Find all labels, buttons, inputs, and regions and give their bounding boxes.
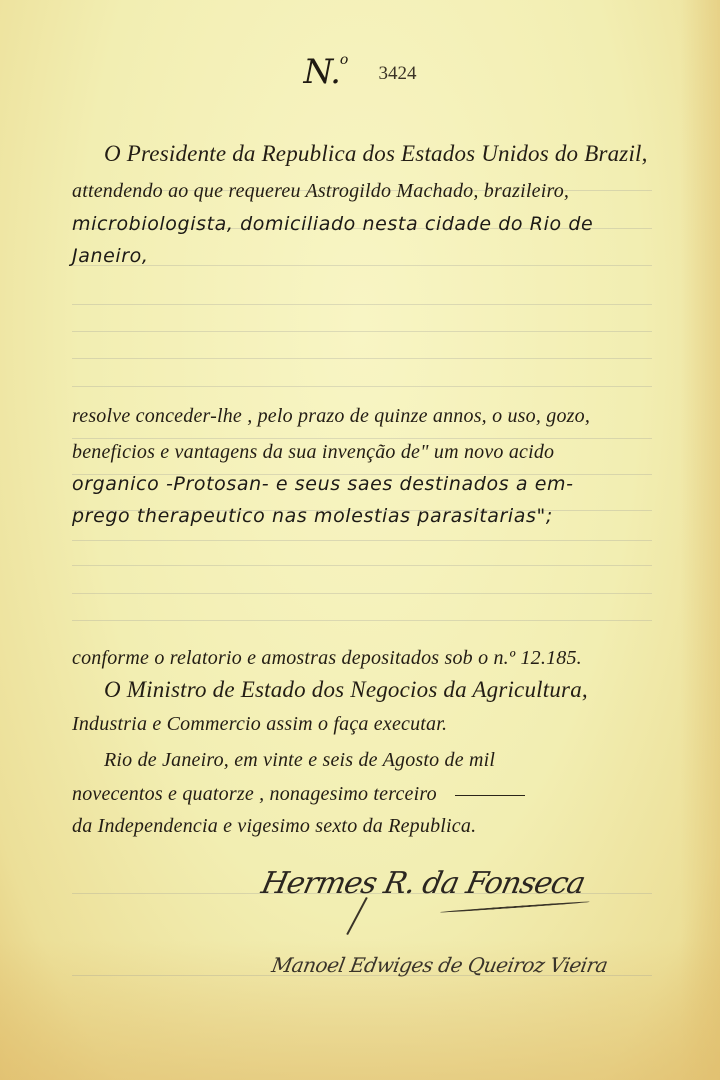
execution-line: Industria e Commercio assim o faça execu… xyxy=(72,712,447,736)
invention-line-1: organico -Protosan- e seus saes destinad… xyxy=(72,472,574,496)
ruled-line xyxy=(72,620,652,621)
ruled-line xyxy=(72,540,652,541)
ruled-line xyxy=(72,331,652,332)
minister-line: O Ministro de Estado dos Negocios da Agr… xyxy=(104,678,588,702)
number-value: 3424 xyxy=(378,63,416,84)
president-signature: Hermes R. da Fonseca xyxy=(258,866,588,901)
preamble-line: O Presidente da Republica dos Estados Un… xyxy=(104,142,648,166)
ruled-line xyxy=(72,265,652,266)
petitioner-profession-line: microbiologista, domiciliado nesta cidad… xyxy=(72,212,593,236)
minister-signature: Manoel Edwiges de Queiroz Vieira xyxy=(270,953,610,977)
invention-line-2: prego therapeutico nas molestias parasit… xyxy=(72,504,553,528)
ruled-line xyxy=(72,438,652,439)
signature-underline xyxy=(440,901,590,913)
paper-aging-right xyxy=(680,0,720,1080)
ruled-line xyxy=(72,565,652,566)
document-number: N.o 3424 xyxy=(0,52,720,92)
signature-flourish xyxy=(346,897,367,935)
petitioner-city-line: Janeiro, xyxy=(72,244,149,268)
ruled-line xyxy=(72,304,652,305)
patent-document-page: N.o 3424 O Presidente da Republica dos E… xyxy=(0,0,720,1080)
date-line-1: Rio de Janeiro, em vinte e seis de Agost… xyxy=(104,748,495,772)
date-line-3: da Independencia e vigesimo sexto da Rep… xyxy=(72,814,476,838)
number-label: N.o xyxy=(304,52,348,92)
grant-line-1: resolve conceder-lhe , pelo prazo de qui… xyxy=(72,404,590,428)
date-line-2: novecentos e quatorze , nonagesimo terce… xyxy=(72,782,525,806)
blank-fill-line xyxy=(455,795,525,796)
ruled-line xyxy=(72,593,652,594)
petition-line: attendendo ao que requereu Astrogildo Ma… xyxy=(72,178,569,203)
date-line-2-text: novecentos e quatorze , nonagesimo terce… xyxy=(72,783,437,805)
ruled-line xyxy=(72,358,652,359)
ruled-line xyxy=(72,386,652,387)
petition-line-text: attendendo ao que requereu Astrogildo Ma… xyxy=(72,180,569,202)
grant-line-2: beneficios e vantagens da sua invenção d… xyxy=(72,440,554,464)
deposit-reference-line: conforme o relatorio e amostras deposita… xyxy=(72,646,582,670)
